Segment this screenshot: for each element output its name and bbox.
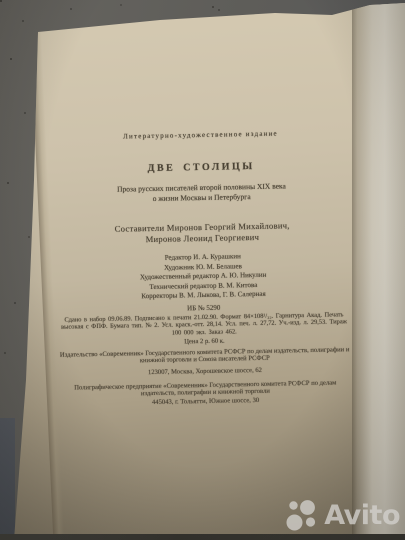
avito-logo-icon	[285, 497, 321, 533]
photo-vignette	[0, 0, 405, 540]
book-photo: Литературно-художественное издание ДВЕ С…	[0, 0, 405, 540]
avito-watermark-label: Avito	[324, 502, 400, 529]
avito-watermark: Avito	[285, 497, 400, 533]
